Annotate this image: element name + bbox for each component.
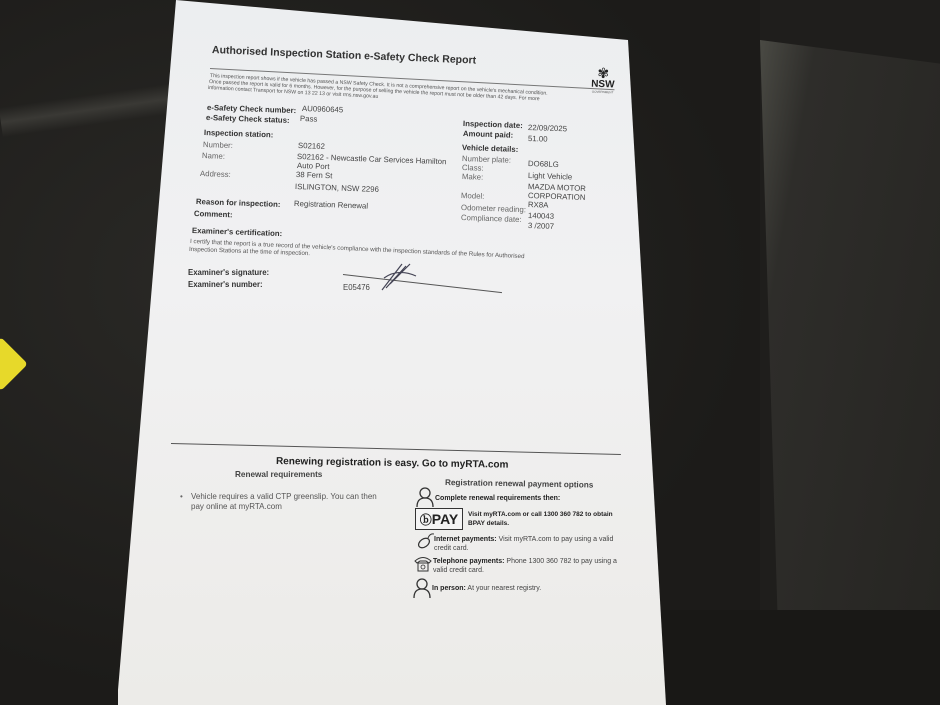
amount-paid-label: Amount paid: [463,129,514,140]
model-label: Model: [461,191,485,201]
bullet-icon: • [180,492,183,501]
inspection-report: Authorised Inspection Station e-Safety C… [0,0,940,705]
inspection-station-heading: Inspection station: [204,128,274,139]
option-complete-requirements: Complete renewal requirements then: [435,494,560,503]
requirement-line-2: pay online at myRTA.com [191,502,416,512]
renewal-headline: Renewing registration is easy. Go to myR… [276,456,509,471]
odometer-value: 140043 [528,211,554,221]
signature-label: Examiner's signature: [188,268,269,277]
amount-paid: 51.00 [528,134,548,144]
station-address-line-2: ISLINGTON, NSW 2296 [295,182,379,194]
option-in-person: In person: At your nearest registry. [432,584,541,593]
report-title: Authorised Inspection Station e-Safety C… [212,44,477,67]
examiner-number-label: Examiner's number: [188,280,263,289]
bpay-logo: ⓑPAY [415,508,463,530]
check-status: Pass [300,114,318,124]
check-number: AU0960645 [302,104,343,114]
option-telephone: Telephone payments: Phone 1300 360 782 t… [433,557,618,575]
class-value: Light Vehicle [528,171,573,182]
station-name-label: Name: [202,151,225,161]
person-icon [413,578,431,598]
vehicle-details-heading: Vehicle details: [462,143,519,154]
make-label: Make: [462,172,484,182]
person-icon [416,487,434,507]
reason-label: Reason for inspection: [196,197,281,209]
inspection-date: 22/09/2025 [528,123,567,133]
option-internet: Internet payments: Visit myRTA.com to pa… [434,535,619,553]
renewal-requirements-heading: Renewal requirements [235,470,322,479]
payment-options-heading: Registration renewal payment options [445,478,593,490]
plate-value: DO68LG [528,159,559,169]
reason-value: Registration Renewal [294,199,368,211]
station-number-label: Number: [203,140,233,150]
nsw-logo: ✾ NSW GOVERNMENT [586,65,621,94]
compliance-value: 3 /2007 [528,221,554,231]
signature-scribble [380,262,420,292]
compliance-label: Compliance date: [461,213,522,224]
option-bpay: Visit myRTA.com or call 1300 360 782 to … [468,510,618,528]
renewal-divider [171,443,621,455]
station-address-line-1: 38 Fern St [296,170,333,180]
check-status-label: e-Safety Check status: [206,113,290,125]
station-address-label: Address: [200,169,231,179]
nsw-logo-text: NSW [586,79,620,90]
requirement-line-1: Vehicle requires a valid CTP greenslip. … [191,492,416,502]
station-number: S02162 [298,141,325,151]
telephone-icon [414,554,432,572]
comment-label: Comment: [194,209,233,219]
certification-heading: Examiner's certification: [192,226,283,238]
model-value: RX8A [528,200,549,210]
mouse-icon [416,532,434,550]
examiner-number: E05476 [343,283,370,292]
